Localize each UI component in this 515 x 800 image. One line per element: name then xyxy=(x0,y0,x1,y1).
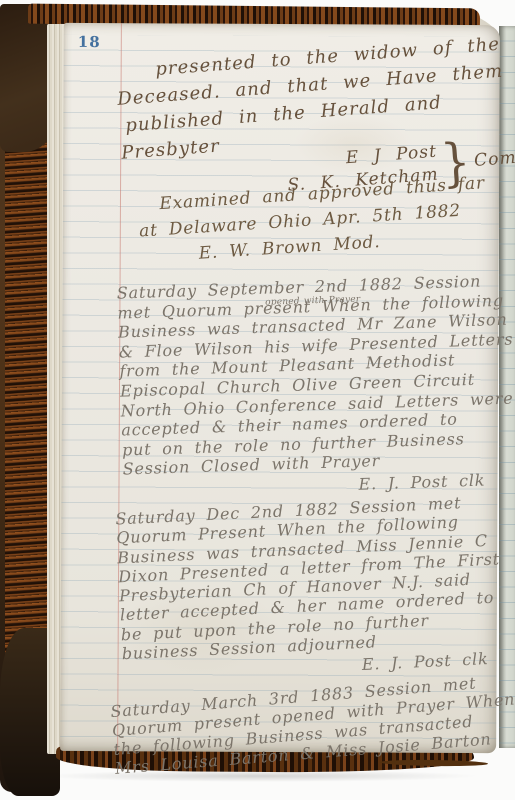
entry-session-dec-1882: Saturday Dec 2nd 1882 Session met Quorum… xyxy=(115,491,513,686)
entry-session-sept-1882: opened with Prayer Saturday September 2n… xyxy=(116,271,509,502)
interlinear-insertion: opened with Prayer xyxy=(265,291,361,314)
ledger-photo: 18 presented to the widow of the Decease… xyxy=(0,0,515,800)
page-number: 18 xyxy=(78,33,101,51)
ledger-page: 18 presented to the widow of the Decease… xyxy=(60,23,500,753)
